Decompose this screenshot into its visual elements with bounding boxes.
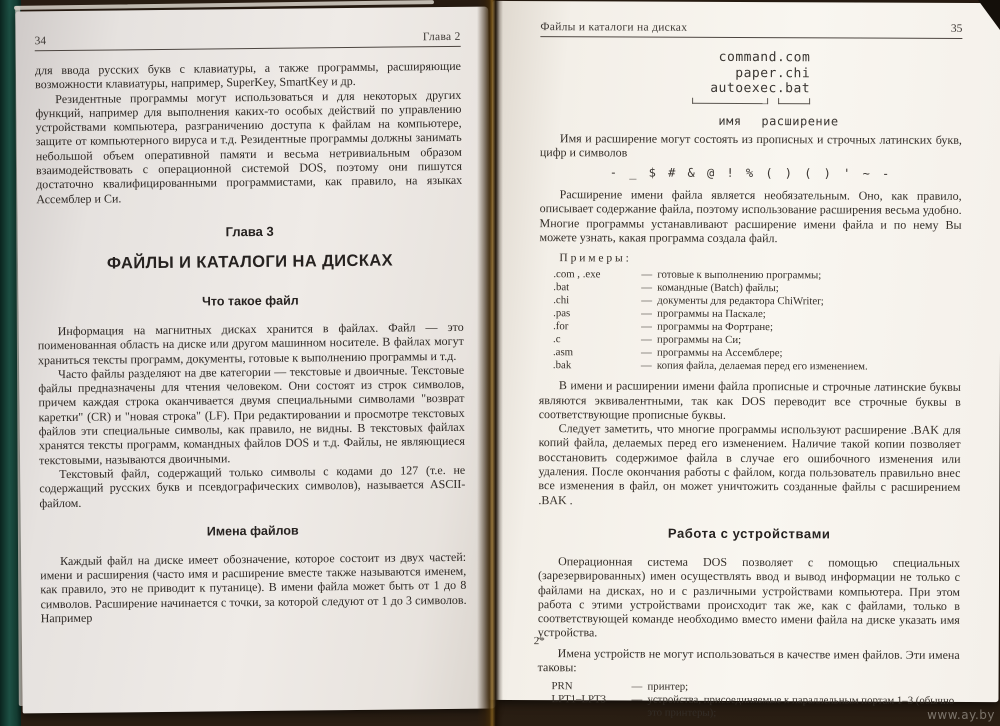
- extension-desc: программы на Фортране;: [657, 321, 961, 335]
- right-running-head: Файлы и каталоги на дисках: [540, 21, 687, 34]
- paragraph-file-categories: Часто файлы разделяют на две категории —…: [38, 363, 465, 468]
- device-name: PRN: [552, 680, 632, 693]
- paragraph-extension-optional: Расширение имени файла является необязат…: [539, 187, 961, 246]
- paragraph-case-equivalence: В имени и расширении имени файла прописн…: [539, 378, 961, 423]
- section-heading-what-is-file: Что такое файл: [37, 292, 463, 310]
- watermark: www.ay.by: [927, 708, 995, 722]
- diagram-labels: имя расширение: [692, 113, 810, 130]
- extension-cell: .com , .exe: [553, 268, 641, 281]
- examples-heading: П р и м е р ы :: [539, 252, 961, 266]
- dash: —: [641, 269, 657, 282]
- paragraph-device-names-intro: Имена устройств не могут использоваться …: [538, 646, 960, 676]
- left-page-number: 34: [35, 35, 47, 47]
- extension-cell: .asm: [553, 346, 641, 359]
- signature-mark: 2*: [534, 635, 545, 647]
- allowed-symbols-line: - _ $ # & @ ! % ( ) ( ) ' ~ -: [540, 165, 962, 181]
- extensions-list: .com , .exe—готовые к выполнению програм…: [553, 268, 961, 374]
- chapter-label: Глава 3: [37, 222, 463, 241]
- section-heading-devices: Работа с устройствами: [538, 525, 960, 542]
- file-name-diagram: command.com paper.chi autoexec.bat имя р…: [692, 50, 810, 130]
- extension-desc: копия файла, делаемая перед его изменени…: [657, 360, 961, 374]
- right-page-number: 35: [951, 23, 963, 35]
- extension-underbracket: [778, 98, 810, 104]
- extension-desc: готовые к выполнению программы;: [657, 269, 961, 283]
- dash: —: [641, 360, 657, 373]
- extension-cell: .pas: [553, 307, 641, 320]
- name-underbracket: [692, 97, 768, 103]
- dash: —: [641, 347, 657, 360]
- paragraph-resident-programs: Резидентные программы могут использовать…: [35, 87, 462, 206]
- paragraph-file-naming: Каждый файл на диске имеет обозначение, …: [40, 550, 467, 626]
- extension-desc: командные (Batch) файлы;: [657, 282, 961, 296]
- right-page: Файлы и каталоги на дисках 35 command.co…: [489, 1, 1000, 702]
- extension-cell: .chi: [553, 294, 641, 307]
- devices-list: PRN—принтер; LPT1–LPT3—устройства, присо…: [551, 680, 959, 721]
- label-name: имя: [718, 113, 741, 129]
- dash: —: [641, 295, 657, 308]
- extension-cell: .c: [553, 333, 641, 346]
- dash: —: [641, 282, 657, 295]
- left-running-head: Глава 2: [423, 31, 461, 43]
- paragraph-dos-devices: Операционная система DOS позволяет с пом…: [538, 554, 960, 642]
- file-example-2: paper.chi: [692, 65, 810, 81]
- device-row: LPT1–LPT3—устройства, присоединяемые к п…: [551, 693, 959, 721]
- book-photo: 34 Глава 2 для ввода русских букв с клав…: [0, 0, 1000, 726]
- extension-desc: документы для редактора ChiWriter;: [657, 295, 961, 309]
- dash: —: [641, 308, 657, 321]
- left-page: 34 Глава 2 для ввода русских букв с клав…: [15, 7, 495, 714]
- chapter-title: ФАЙЛЫ И КАТАЛОГИ НА ДИСКАХ: [37, 251, 463, 274]
- paragraph-ascii-file: Текстовый файл, содержащий только символ…: [39, 463, 465, 510]
- device-desc: устройства, присоединяемые к параллельны…: [647, 694, 959, 721]
- section-heading-file-names: Имена файлов: [40, 522, 466, 540]
- extension-cell: .bat: [553, 281, 641, 294]
- extension-desc: программы на Паскале;: [657, 308, 961, 322]
- dash: —: [631, 694, 647, 720]
- paragraph-continuation: для ввода русских букв с клавиатуры, а т…: [35, 59, 461, 92]
- device-name: LPT1–LPT3: [551, 693, 631, 719]
- extension-desc: программы на Си;: [657, 334, 961, 348]
- right-page-header: Файлы и каталоги на дисках 35: [540, 21, 962, 39]
- paragraph-file-definition: Информация на магнитных дисках хранится …: [38, 320, 464, 367]
- extension-desc: программы на Ассемблере;: [657, 347, 961, 361]
- paragraph-name-ext-chars: Имя и расширение могут состоять из пропи…: [540, 131, 962, 161]
- paragraph-bak-copies: Следует заметить, что многие программы и…: [538, 421, 960, 509]
- left-page-header: 34 Глава 2: [35, 31, 461, 51]
- file-example-3: autoexec.bat: [692, 81, 810, 97]
- label-extension: расширение: [761, 114, 838, 130]
- extension-cell: .bak: [553, 359, 641, 372]
- dash: —: [641, 321, 657, 334]
- extension-row: .bak—копия файла, делаемая перед его изм…: [553, 359, 961, 374]
- dash: —: [632, 681, 648, 694]
- file-example-1: command.com: [692, 50, 810, 66]
- diagram-brackets: [692, 97, 810, 106]
- dash: —: [641, 334, 657, 347]
- extension-cell: .for: [553, 320, 641, 333]
